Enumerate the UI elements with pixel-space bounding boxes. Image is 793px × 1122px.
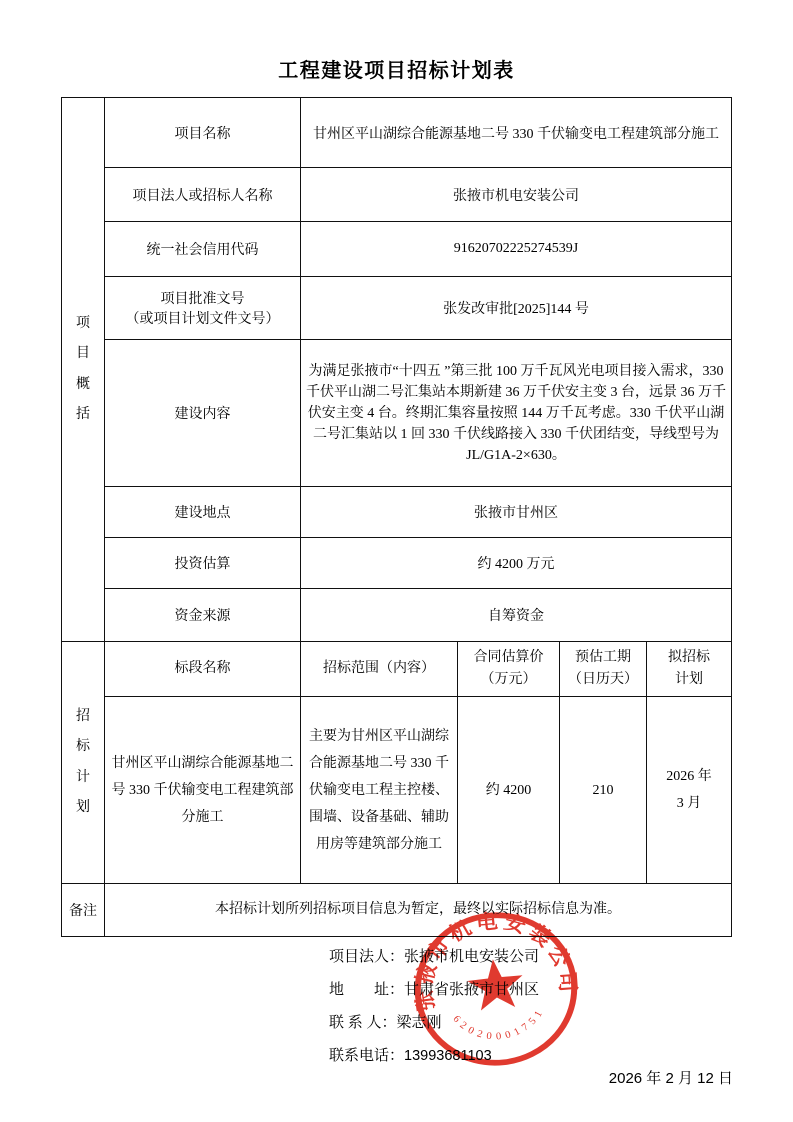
row-project-name: 项目概括 项目名称 甘州区平山湖综合能源基地二号 330 千伏输变电工程建筑部分… xyxy=(62,98,732,168)
document-date: 2026 年 2 月 12 日 xyxy=(609,1067,733,1088)
construction-content-value: 为满足张掖市“十四五 ”第三批 100 万千瓦风光电项目接入需求，330 千伏平… xyxy=(301,340,732,487)
bid-estimated-price: 约 4200 xyxy=(458,697,560,884)
project-name-value: 甘州区平山湖综合能源基地二号 330 千伏输变电工程建筑部分施工 xyxy=(301,98,732,168)
header-bid-scope: 招标范围（内容） xyxy=(301,642,458,697)
approval-doc-value: 张发改审批[2025]144 号 xyxy=(301,277,732,340)
bid-scope: 主要为甘州区平山湖综合能源基地二号 330 千伏输变电工程主控楼、围墙、设备基础… xyxy=(301,697,458,884)
contact-person-line: 联 系 人：梁志刚 xyxy=(329,1007,539,1040)
legal-person-value: 张掖市机电安装公司 xyxy=(301,168,732,222)
legal-person-line-value: 张掖市机电安装公司 xyxy=(404,949,539,965)
credit-code-value: 91620702225274539J xyxy=(301,222,732,277)
remarks-label: 备注 xyxy=(62,884,105,937)
signature-block: 项目法人：张掖市机电安装公司 地 址：甘肃省张掖市甘州区 联 系 人：梁志刚 联… xyxy=(329,941,539,1073)
row-construction-content: 建设内容 为满足张掖市“十四五 ”第三批 100 万千瓦风光电项目接入需求，33… xyxy=(62,340,732,487)
location-value: 张掖市甘州区 xyxy=(301,487,732,538)
legal-person-label: 项目法人或招标人名称 xyxy=(105,168,301,222)
row-bidding-headers: 招标计划 标段名称 招标范围（内容） 合同估算价 （万元） 预估工期 （日历天）… xyxy=(62,642,732,697)
contact-person-line-label: 联 系 人： xyxy=(329,1015,397,1031)
bid-plan-time: 2026 年 3 月 xyxy=(647,697,732,884)
document-page: { "page": { "title": "工程建设项目招标计划表", "dat… xyxy=(0,0,793,1122)
bid-duration-days: 210 xyxy=(560,697,647,884)
page-title: 工程建设项目招标计划表 xyxy=(0,54,793,83)
header-planned-bid-time: 拟招标 计划 xyxy=(647,642,732,697)
location-label: 建设地点 xyxy=(105,487,301,538)
header-contract-estimate: 合同估算价 （万元） xyxy=(458,642,560,697)
remarks-note: 本招标计划所列招标项目信息为暂定，最终以实际招标信息为准。 xyxy=(105,884,732,937)
row-funding-source: 资金来源 自筹资金 xyxy=(62,589,732,642)
row-approval-doc: 项目批准文号 （或项目计划文件文号） 张发改审批[2025]144 号 xyxy=(62,277,732,340)
contact-person-line-value: 梁志刚 xyxy=(397,1015,442,1031)
section-label-text: 项目概括 xyxy=(75,309,90,429)
investment-value: 约 4200 万元 xyxy=(301,538,732,589)
address-line-value: 甘肃省张掖市甘州区 xyxy=(404,982,539,998)
header-section-name: 标段名称 xyxy=(105,642,301,697)
funding-source-label: 资金来源 xyxy=(105,589,301,642)
bidding-plan-table: 项目概括 项目名称 甘州区平山湖综合能源基地二号 330 千伏输变电工程建筑部分… xyxy=(61,97,732,937)
section-label-project-overview: 项目概括 xyxy=(62,98,105,642)
construction-content-label: 建设内容 xyxy=(105,340,301,487)
bid-section-name: 甘州区平山湖综合能源基地二号 330 千伏输变电工程建筑部分施工 xyxy=(105,697,301,884)
phone-line-label: 联系电话： xyxy=(329,1048,404,1064)
phone-line-value: 13993681103 xyxy=(404,1048,492,1064)
header-estimated-duration: 预估工期 （日历天） xyxy=(560,642,647,697)
project-name-label: 项目名称 xyxy=(105,98,301,168)
section-label-text: 招标计划 xyxy=(75,702,90,822)
credit-code-label: 统一社会信用代码 xyxy=(105,222,301,277)
row-location: 建设地点 张掖市甘州区 xyxy=(62,487,732,538)
row-legal-person: 项目法人或招标人名称 张掖市机电安装公司 xyxy=(62,168,732,222)
legal-person-line-label: 项目法人： xyxy=(329,949,404,965)
row-investment: 投资估算 约 4200 万元 xyxy=(62,538,732,589)
funding-source-value: 自筹资金 xyxy=(301,589,732,642)
row-credit-code: 统一社会信用代码 91620702225274539J xyxy=(62,222,732,277)
legal-person-line: 项目法人：张掖市机电安装公司 xyxy=(329,941,539,974)
approval-doc-label: 项目批准文号 （或项目计划文件文号） xyxy=(105,277,301,340)
investment-label: 投资估算 xyxy=(105,538,301,589)
address-line: 地 址：甘肃省张掖市甘州区 xyxy=(329,974,539,1007)
section-label-bidding-plan: 招标计划 xyxy=(62,642,105,884)
row-bidding-data: 甘州区平山湖综合能源基地二号 330 千伏输变电工程建筑部分施工 主要为甘州区平… xyxy=(62,697,732,884)
phone-line: 联系电话：13993681103 xyxy=(329,1040,539,1073)
address-line-label: 地 址： xyxy=(329,982,404,998)
row-remarks: 备注 本招标计划所列招标项目信息为暂定，最终以实际招标信息为准。 xyxy=(62,884,732,937)
